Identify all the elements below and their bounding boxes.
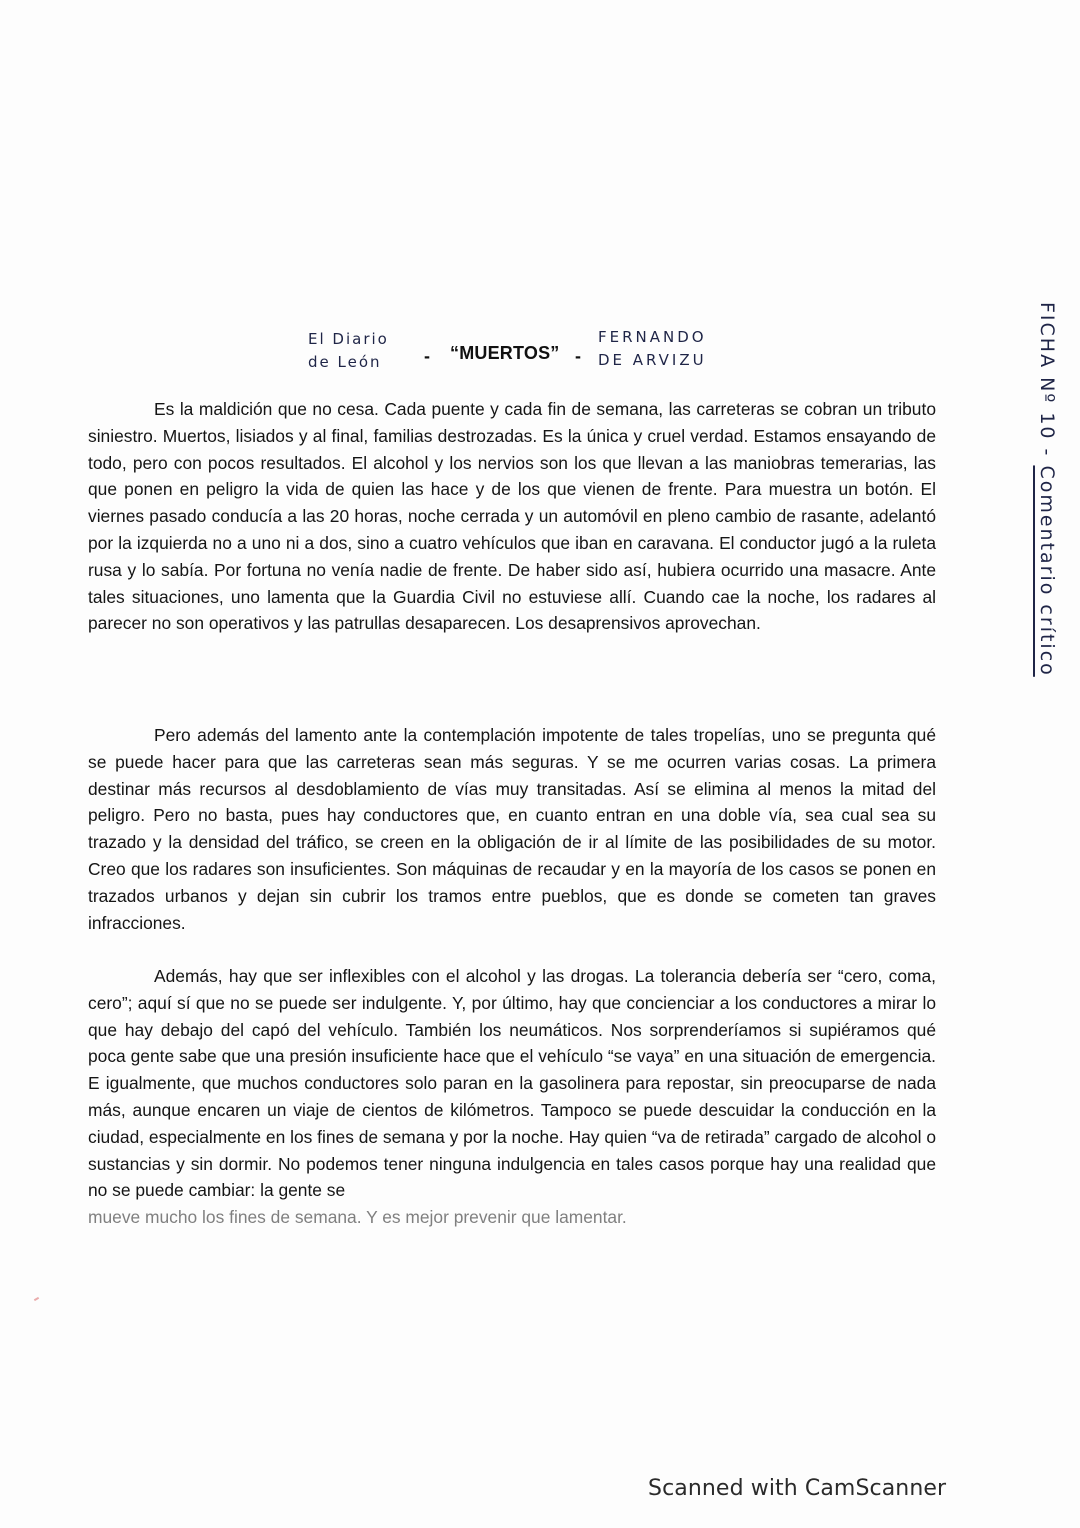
source-line-2: de León [308,351,389,374]
paragraph-3-faded-tail: mueve mucho los fines de semana. Y es me… [88,1204,936,1231]
vertical-handwritten-note: FICHA Nº 10 - Comentario crítico [1036,302,1058,677]
paragraph-1: Es la maldición que no cesa. Cada puente… [88,396,936,637]
scanned-page: El Diario de León - “MUERTOS” - FERNANDO… [0,0,1080,1528]
handwritten-author: FERNANDO DE ARVIZU [598,326,707,372]
camscanner-watermark: Scanned with CamScanner [648,1476,946,1501]
ficha-label: FICHA Nº 10 - [1036,302,1058,457]
margin-annotation: FICHA Nº 10 - Comentario crítico [1000,300,1080,740]
separator-left: - [424,346,430,367]
ficha-subject: Comentario crítico [1036,465,1058,676]
paragraph-3: Además, hay que ser inflexibles con el a… [88,963,936,1204]
article-title: “MUERTOS” [450,343,559,364]
paragraph-3-wrapper: Además, hay que ser inflexibles con el a… [88,963,936,1231]
article-header: El Diario de León - “MUERTOS” - FERNANDO… [300,326,760,382]
paragraph-2: Pero además del lamento ante la contempl… [88,722,936,936]
separator-right: - [575,346,581,367]
scan-speck [34,1297,39,1301]
author-line-2: DE ARVIZU [598,349,707,372]
source-line-1: El Diario [308,328,389,351]
handwritten-source: El Diario de León [308,328,389,374]
author-line-1: FERNANDO [598,326,707,349]
